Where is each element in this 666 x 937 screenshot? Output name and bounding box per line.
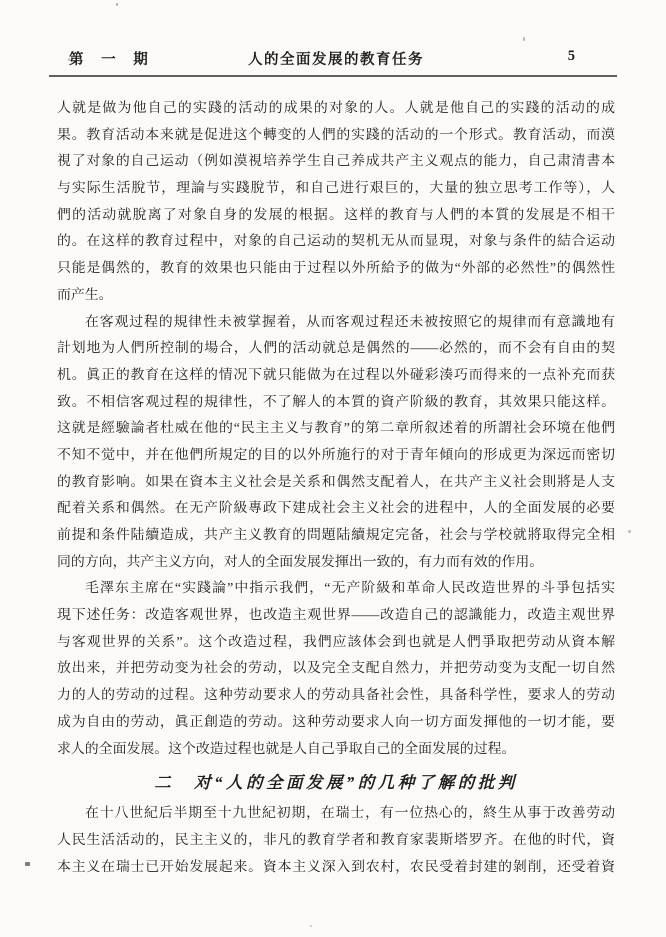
paragraph: 在十八世紀后半期至十九世紀初期，在瑞士，有一位热心的，終生从事于改善劳动人民生活…	[57, 801, 615, 881]
text-line: 的。在这样的教育过程中，对象的自己运动的契机无从而显現，对象与条件的結合运动	[57, 229, 615, 256]
paragraph: 毛澤东主席在“实踐論”中指示我們，“无产阶級和革命人民改造世界的斗爭包括实現下述…	[57, 576, 615, 763]
text-line: 們的活动就脫离了对象自身的发展的根据。这样的教育与人們的本質的发展是不相干	[57, 203, 615, 230]
scan-speck	[628, 530, 631, 533]
page-number: 5	[568, 48, 575, 65]
text-line: 这就是經驗論者杜威在他的“民主主义与教育”的第二章所叙述着的所謂社会环境在他們	[57, 416, 615, 443]
text-line: 計划地为人們所控制的場合，人們的活动就总是偶然的——必然的，而不会有自由的契	[57, 336, 615, 363]
text-line: 同的方向，共产主义方向，对人的全面发展发揮出一致的，有力而有效的作用。	[57, 550, 615, 577]
text-line: 求人的全面发展。这个改造过程也就是人自己爭取自己的全面发展的过程。	[57, 737, 615, 764]
text-line: 只能是偶然的，教育的效果也只能由于过程以外所給予的做为“外部的必然性”的偶然性	[57, 256, 615, 283]
text-line: 成为自由的劳动，眞正創造的劳动。这种劳动要求人向一切方面发揮他的一切才能，要	[57, 710, 615, 737]
text-line: 在十八世紀后半期至十九世紀初期，在瑞士，有一位热心的，終生从事于改善劳动	[57, 801, 615, 828]
text-line: 致。不相信客观过程的規律性，不了解人的本質的資产阶級的教育，其效果只能这样。	[57, 390, 615, 417]
scan-speck	[68, 58, 70, 61]
page-header: 第 一 期 人的全面发展的教育任务 5	[57, 48, 615, 70]
paragraph: 在客观过程的規律性未被掌握着，从而客观过程还未被按照它的規律而有意識地有計划地为…	[57, 310, 615, 577]
text-line: 的教育影响。如果在資本主义社会是关系和偶然支配着人，在共产主义社会則將是人支	[57, 470, 615, 497]
scan-speck	[310, 925, 312, 927]
text-line: 人民生活活动的，民主主义的，非凡的教育学者和教育家裴斯塔罗齐。在他的时代，資	[57, 828, 615, 855]
text-line: 而产生。	[57, 283, 615, 310]
section-heading: 二 对“人的全面发展”的几种了解的批判	[57, 770, 615, 796]
text-line: 前提和条件陆續造成，共产主义教育的問題陆續規定完备，社会与学校就將取得完全相	[57, 523, 615, 550]
text-line: 放出来，并把劳动变为社会的劳动，以及完全支配自然力，并把劳动变为支配一切自然	[57, 656, 615, 683]
text-line: 視了对象的自己运动（例如漠視培养学生自己养成共产主义观点的能力，自己肃清書本	[57, 149, 615, 176]
text-line: 配着关系和偶然。在无产阶級專政下建成社会主义社会的进程中，人的全面发展的必要	[57, 496, 615, 523]
body-text: 人就是做为他自己的实踐的活动的成果的对象的人。人就是他自己的实踐的活动的成果。教…	[57, 96, 615, 881]
scanned-page: 第 一 期 人的全面发展的教育任务 5 人就是做为他自己的实踐的活动的成果的对象…	[0, 0, 666, 937]
paragraph: 人就是做为他自己的实踐的活动的成果的对象的人。人就是他自己的实踐的活动的成果。教…	[57, 96, 615, 310]
text-line: 与客观世界的关系”。这个改造过程，我們应該体会到也就是人們爭取把劳动从資本解	[57, 630, 615, 657]
text-line: 力的人的劳动的过程。这种劳动要求人的劳动具备社会性，具备科学性，要求人的劳动	[57, 683, 615, 710]
text-line: 毛澤东主席在“实踐論”中指示我們，“无产阶級和革命人民改造世界的斗爭包括实	[57, 576, 615, 603]
text-line: 本主义在瑞士已开始发展起来。資本主义深入到农村，农民受着封建的剝削，还受着資	[57, 855, 615, 882]
text-line: 与实际生活脫节，理論与实踐脫节，和自己进行艰巨的，大量的独立思考工作等），人	[57, 176, 615, 203]
text-line: 机。眞正的教育在这样的情况下就只能做为在过程以外碰彩湊巧而得来的一点补充而获	[57, 363, 615, 390]
scan-speck	[523, 37, 525, 41]
text-line: 現下述任务：改造客观世界，也改造主观世界——改造自己的認識能力，改造主观世界	[57, 603, 615, 630]
text-line: 不知不觉中，并在他們所規定的目的以外所施行的对于青年傾向的形成更为深远而密切	[57, 443, 615, 470]
text-line: 在客观过程的規律性未被掌握着，从而客观过程还未被按照它的規律而有意識地有	[57, 310, 615, 337]
scan-speck	[116, 3, 118, 6]
scan-speck	[25, 862, 30, 866]
text-line: 果。教育活动本来就是促进这个轉变的人們的实踐的活动的一个形式。教育活动，而漠	[57, 123, 615, 150]
header-rule	[49, 75, 617, 77]
text-line: 人就是做为他自己的实踐的活动的成果的对象的人。人就是他自己的实踐的活动的成	[57, 96, 615, 123]
running-title: 人的全面发展的教育任务	[57, 48, 615, 69]
